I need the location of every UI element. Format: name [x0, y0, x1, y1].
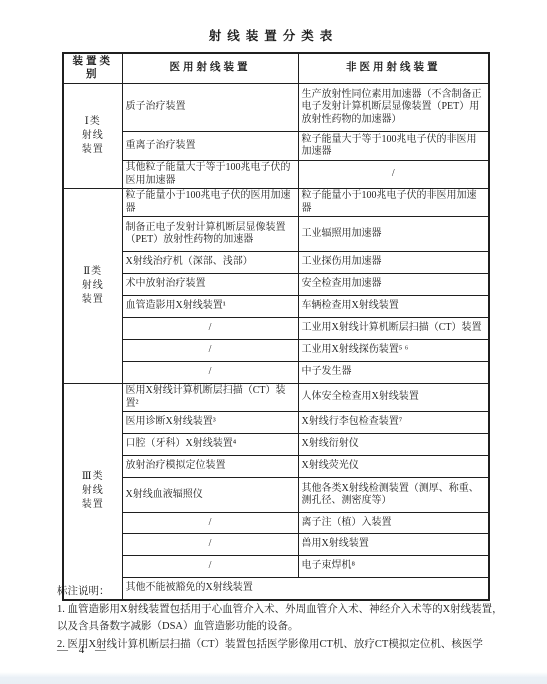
- cell-medical: /: [122, 534, 298, 556]
- cell-non-medical: 安全检查用加速器: [298, 274, 489, 296]
- column-header-category: 装置类别: [63, 53, 122, 84]
- table-row: / 工业用X射线计算机断层扫描（CT）装置: [63, 318, 489, 340]
- category-line: 射线: [67, 279, 119, 293]
- table-row: 口腔（牙科）X射线装置⁴ X射线衍射仪: [63, 434, 489, 456]
- cell-non-medical: 离子注（植）入装置: [298, 513, 489, 534]
- document-title: 射线装置分类表: [0, 26, 547, 44]
- cell-non-medical: 工业用X射线探伤装置⁵ ⁶: [298, 340, 489, 362]
- cell-medical: 其他粒子能量大于等于100兆电子伏的医用加速器: [122, 161, 298, 189]
- table-row: / 兽用X射线装置: [63, 534, 489, 556]
- category-line: 射线: [67, 129, 119, 143]
- cell-medical: 重离子治疗装置: [122, 132, 298, 161]
- cell-non-medical: 工业辐照用加速器: [298, 217, 489, 252]
- table-row: 其他粒子能量大于等于100兆电子伏的医用加速器 /: [63, 161, 489, 189]
- table-row: / 电子束焊机⁸: [63, 556, 489, 578]
- category-line: 装置: [67, 498, 119, 512]
- category-line: 装置: [67, 293, 119, 307]
- cell-medical: 口腔（牙科）X射线装置⁴: [122, 434, 298, 456]
- cell-medical: 血管造影用X射线装置¹: [122, 296, 298, 318]
- category-line: Ⅱ类: [67, 265, 119, 279]
- category-cell-class3: Ⅲ类 射线 装置: [63, 384, 122, 600]
- cell-medical: /: [122, 513, 298, 534]
- note-line: 2. 医用X射线计算机断层扫描（CT）装置包括医学影像用CT机、放疗CT模拟定位…: [57, 636, 495, 654]
- category-line: 射线: [67, 484, 119, 498]
- cell-non-medical: 粒子能量大于等于100兆电子伏的非医用加速器: [298, 132, 489, 161]
- table-row: 放射治疗模拟定位装置 X射线荧光仪: [63, 456, 489, 478]
- category-line: 装置: [67, 143, 119, 157]
- table-row: 术中放射治疗装置 安全检查用加速器: [63, 274, 489, 296]
- category-line: Ⅰ类: [67, 115, 119, 129]
- cell-medical: 医用X射线计算机断层扫描（CT）装置²: [122, 384, 298, 412]
- column-header-medical: 医用射线装置: [122, 53, 298, 84]
- cell-medical: 质子治疗装置: [122, 84, 298, 132]
- cell-non-medical: X射线荧光仪: [298, 456, 489, 478]
- page-edge-shadow: [0, 672, 547, 684]
- cell-medical: 术中放射治疗装置: [122, 274, 298, 296]
- table-row: Ⅰ类 射线 装置 质子治疗装置 生产放射性同位素用加速器（不含制备正电子发射计算…: [63, 84, 489, 132]
- cell-medical: 放射治疗模拟定位装置: [122, 456, 298, 478]
- cell-medical: 制备正电子发射计算机断层显像装置（PET）放射性药物的加速器: [122, 217, 298, 252]
- cell-medical: /: [122, 556, 298, 578]
- cell-non-medical: X射线衍射仪: [298, 434, 489, 456]
- cell-non-medical: X射线行李包检查装置⁷: [298, 412, 489, 434]
- table-row: Ⅲ类 射线 装置 医用X射线计算机断层扫描（CT）装置² 人体安全检查用X射线装…: [63, 384, 489, 412]
- cell-non-medical: 工业用X射线计算机断层扫描（CT）装置: [298, 318, 489, 340]
- cell-non-medical: 工业探伤用加速器: [298, 252, 489, 274]
- cell-medical: 医用诊断X射线装置³: [122, 412, 298, 434]
- table-row: Ⅱ类 射线 装置 粒子能量小于100兆电子伏的医用加速器 粒子能量小于100兆电…: [63, 189, 489, 217]
- cell-medical: /: [122, 362, 298, 384]
- table-row: / 离子注（植）入装置: [63, 513, 489, 534]
- category-cell-class2: Ⅱ类 射线 装置: [63, 189, 122, 384]
- cell-medical: X射线治疗机（深部、浅部）: [122, 252, 298, 274]
- note-line: 1. 血管造影用X射线装置包括用于心血管介入术、外周血管介入术、神经介入术等的X…: [57, 601, 495, 619]
- table-row: 医用诊断X射线装置³ X射线行李包检查装置⁷: [63, 412, 489, 434]
- header-row: 装置类别 医用射线装置 非医用射线装置: [63, 53, 489, 84]
- table-row: 制备正电子发射计算机断层显像装置（PET）放射性药物的加速器 工业辐照用加速器: [63, 217, 489, 252]
- cell-non-medical: 其他各类X射线检测装置（测厚、称重、测孔径、测密度等）: [298, 478, 489, 513]
- notes-section: 标注说明： 1. 血管造影用X射线装置包括用于心血管介入术、外周血管介入术、神经…: [57, 583, 495, 653]
- page-number: — 4 —: [57, 644, 110, 656]
- table-row: 重离子治疗装置 粒子能量大于等于100兆电子伏的非医用加速器: [63, 132, 489, 161]
- cell-non-medical: 电子束焊机⁸: [298, 556, 489, 578]
- cell-non-medical: 兽用X射线装置: [298, 534, 489, 556]
- cell-non-medical: 粒子能量小于100兆电子伏的非医用加速器: [298, 189, 489, 217]
- cell-non-medical: 人体安全检查用X射线装置: [298, 384, 489, 412]
- table-row: / 中子发生器: [63, 362, 489, 384]
- classification-table: 装置类别 医用射线装置 非医用射线装置 Ⅰ类 射线 装置 质子治疗装置 生产放射…: [62, 52, 490, 601]
- notes-heading: 标注说明：: [57, 583, 495, 601]
- table-row: / 工业用X射线探伤装置⁵ ⁶: [63, 340, 489, 362]
- cell-medical: X射线血液辐照仪: [122, 478, 298, 513]
- table-row: 血管造影用X射线装置¹ 车辆检查用X射线装置: [63, 296, 489, 318]
- cell-medical: /: [122, 318, 298, 340]
- category-cell-class1: Ⅰ类 射线 装置: [63, 84, 122, 189]
- cell-medical: /: [122, 340, 298, 362]
- cell-non-medical: 中子发生器: [298, 362, 489, 384]
- category-line: Ⅲ类: [67, 470, 119, 484]
- table-row: X射线治疗机（深部、浅部） 工业探伤用加速器: [63, 252, 489, 274]
- cell-medical: 粒子能量小于100兆电子伏的医用加速器: [122, 189, 298, 217]
- cell-non-medical: /: [298, 161, 489, 189]
- cell-non-medical: 生产放射性同位素用加速器（不含制备正电子发射计算机断层显像装置（PET）用放射性…: [298, 84, 489, 132]
- cell-non-medical: 车辆检查用X射线装置: [298, 296, 489, 318]
- table-row: X射线血液辐照仪 其他各类X射线检测装置（测厚、称重、测孔径、测密度等）: [63, 478, 489, 513]
- column-header-non-medical: 非医用射线装置: [298, 53, 489, 84]
- note-line: 以及含具备数字减影（DSA）血管造影功能的设备。: [57, 618, 495, 636]
